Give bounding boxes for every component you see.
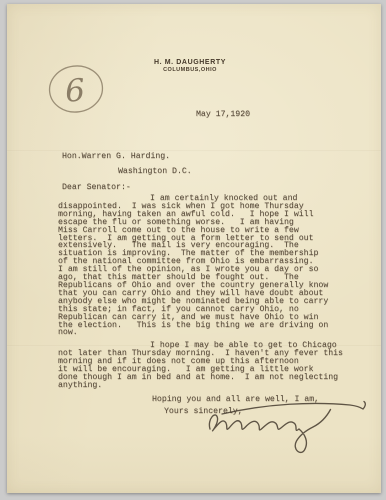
annotation-number-text: 6 <box>64 72 86 109</box>
letter-page: 6 H. M. DAUGHERTY COLUMBUS,OHIO May 17,1… <box>7 4 381 493</box>
scanned-letter: 6 H. M. DAUGHERTY COLUMBUS,OHIO May 17,1… <box>0 0 386 500</box>
recipient-name: Hon.Warren G. Harding. <box>62 153 170 161</box>
letterhead-city: COLUMBUS,OHIO <box>7 67 373 74</box>
paragraph-2: I hope I may be able to get to Chicago n… <box>58 342 358 389</box>
salutation: Dear Senator:- <box>62 184 131 192</box>
letterhead: H. M. DAUGHERTY COLUMBUS,OHIO <box>7 58 373 74</box>
signature-main-stroke <box>209 410 330 453</box>
recipient-city: Washington D.C. <box>118 168 192 176</box>
signature-flourish-stroke <box>222 402 365 415</box>
date-line: May 17,1920 <box>196 111 250 119</box>
paragraph-1: I am certainly knocked out and disappoin… <box>58 195 358 337</box>
letter-body: I am certainly knocked out and disappoin… <box>58 195 358 416</box>
letterhead-name: H. M. DAUGHERTY <box>7 58 373 67</box>
daugherty-signature-handwriting <box>192 397 374 463</box>
